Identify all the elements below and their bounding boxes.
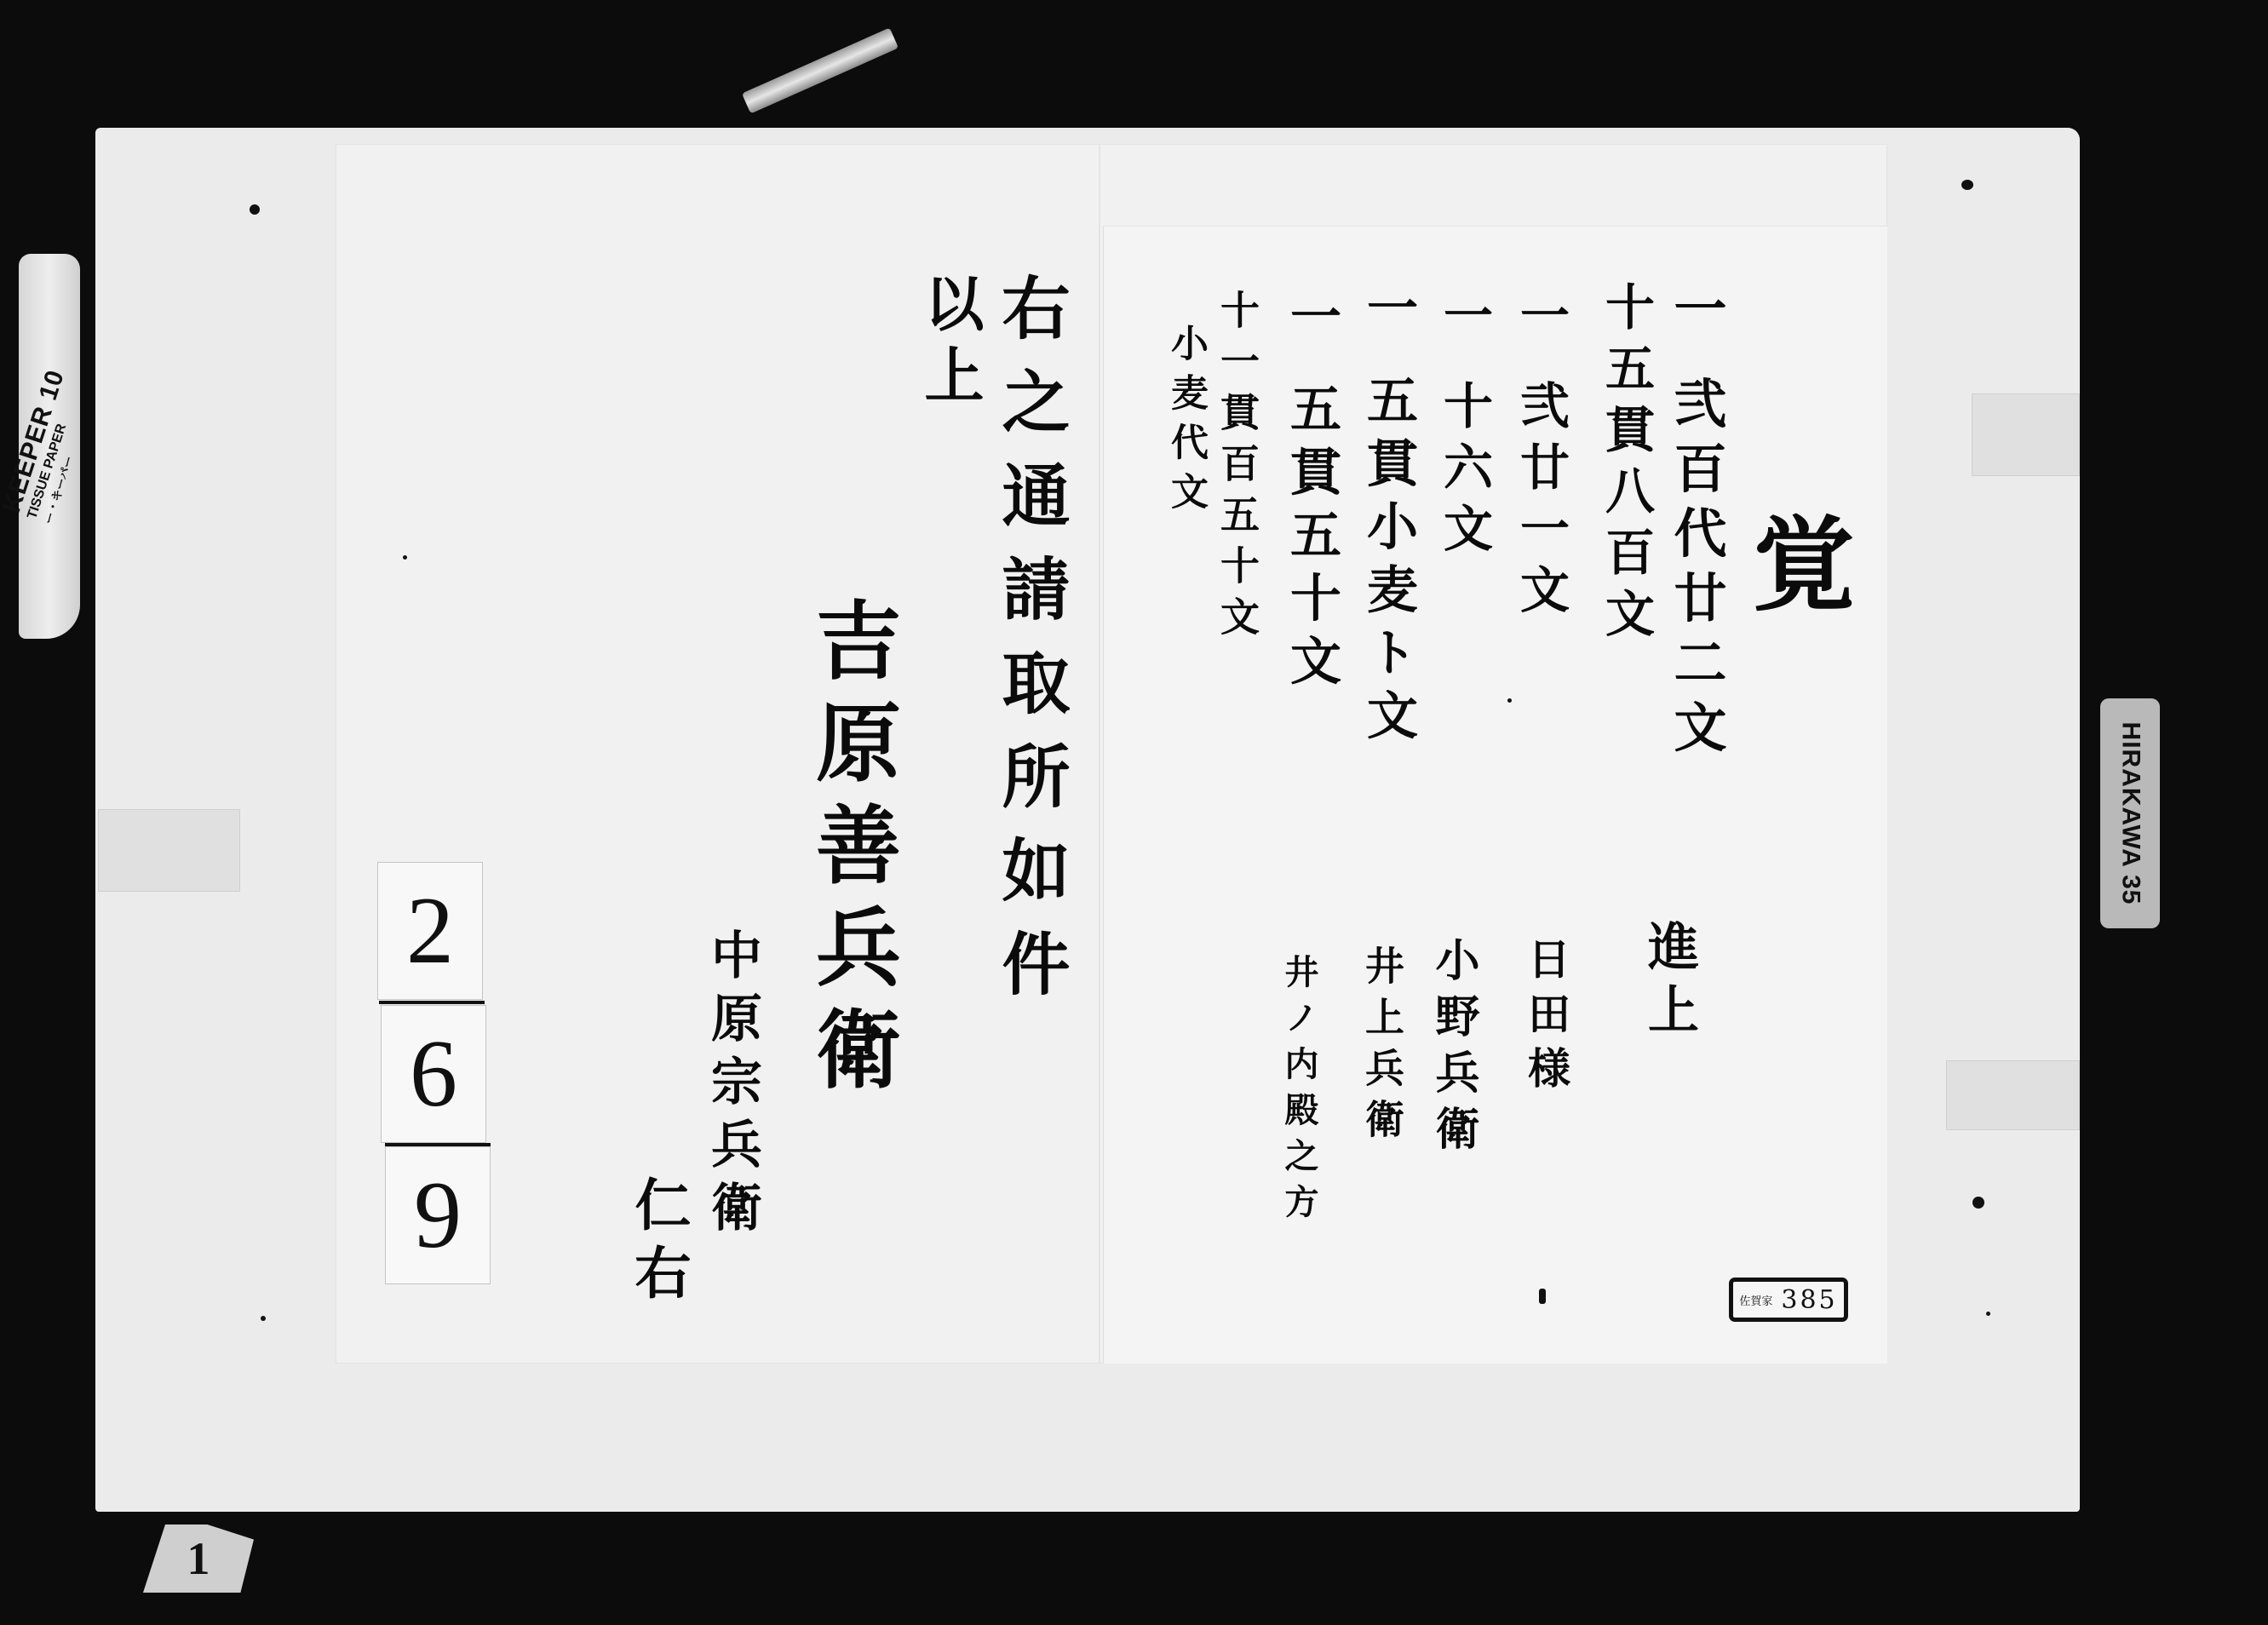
tape-tab-right-bottom [1946, 1060, 2080, 1130]
body-line: 以上 [920, 273, 979, 416]
ink-mark [1539, 1289, 1546, 1304]
spot [1986, 1312, 1990, 1316]
pin-hole [250, 204, 260, 215]
film-side-tag-text: HIRAKAWA 35 [2116, 722, 2145, 905]
document-item: 十五貫八百文 [1601, 281, 1651, 649]
body-line: 右之通請取所如件 [996, 273, 1065, 1022]
document-item: 一 五貫小麦ト文 [1363, 281, 1414, 752]
archive-stamp-label: 佐賀家 [1739, 1292, 1772, 1308]
addressee-line: 進上 [1644, 920, 1695, 1046]
signature-line: 吉原善兵衛 [809, 596, 894, 1107]
item-number-digit: 2 [377, 862, 483, 1000]
tile-separator [379, 1001, 485, 1004]
spot [403, 555, 407, 560]
tape-tab-left [98, 809, 240, 892]
archive-stamp-number: 385 [1781, 1285, 1837, 1315]
glass-rod [742, 27, 899, 113]
addressee-line: 井ノ内殿之方 [1282, 954, 1316, 1230]
document-item: 一 弐百代廿二文 [1669, 281, 1722, 765]
document-item: 一 十六文 [1439, 290, 1489, 564]
addressee-line: 日田様 [1524, 937, 1567, 1100]
document-item: 一 五貫五十文 [1286, 290, 1337, 698]
frame-number: 1 [187, 1532, 210, 1585]
tissue-paper-strip: KEEPER 10 TISSUE PAPER ー・キーパー [19, 254, 80, 639]
tape-tab-right-top [1972, 393, 2080, 476]
tissue-label: KEEPER 10 TISSUE PAPER ー・キーパー [0, 366, 101, 526]
document-item: 十一貫百五十文 [1218, 290, 1257, 647]
film-side-tag: HIRAKAWA 35 [2100, 698, 2160, 928]
frame-number-tag: 1 [143, 1525, 254, 1593]
archive-stamp: 佐賀家 385 [1729, 1278, 1848, 1322]
signature-line: 中原宗兵衛 [707, 928, 758, 1243]
document-item: 小麦代文 [1167, 324, 1204, 521]
paper-fold-line [1099, 145, 1100, 1363]
spot [1507, 698, 1512, 703]
item-number-digit: 9 [385, 1146, 491, 1284]
addressee-line: 井上兵衛 [1363, 945, 1402, 1150]
pin-hole [1972, 1197, 1984, 1209]
item-number-digit: 6 [381, 1005, 486, 1143]
pin-hole [1961, 180, 1973, 190]
signature-line: 仁右 [630, 1175, 686, 1312]
document-item: 一 弐廿一文 [1516, 290, 1565, 625]
addressee-line: 小野兵衛 [1431, 937, 1475, 1162]
spot [261, 1316, 266, 1321]
document-heading: 覚 [1744, 511, 1846, 625]
